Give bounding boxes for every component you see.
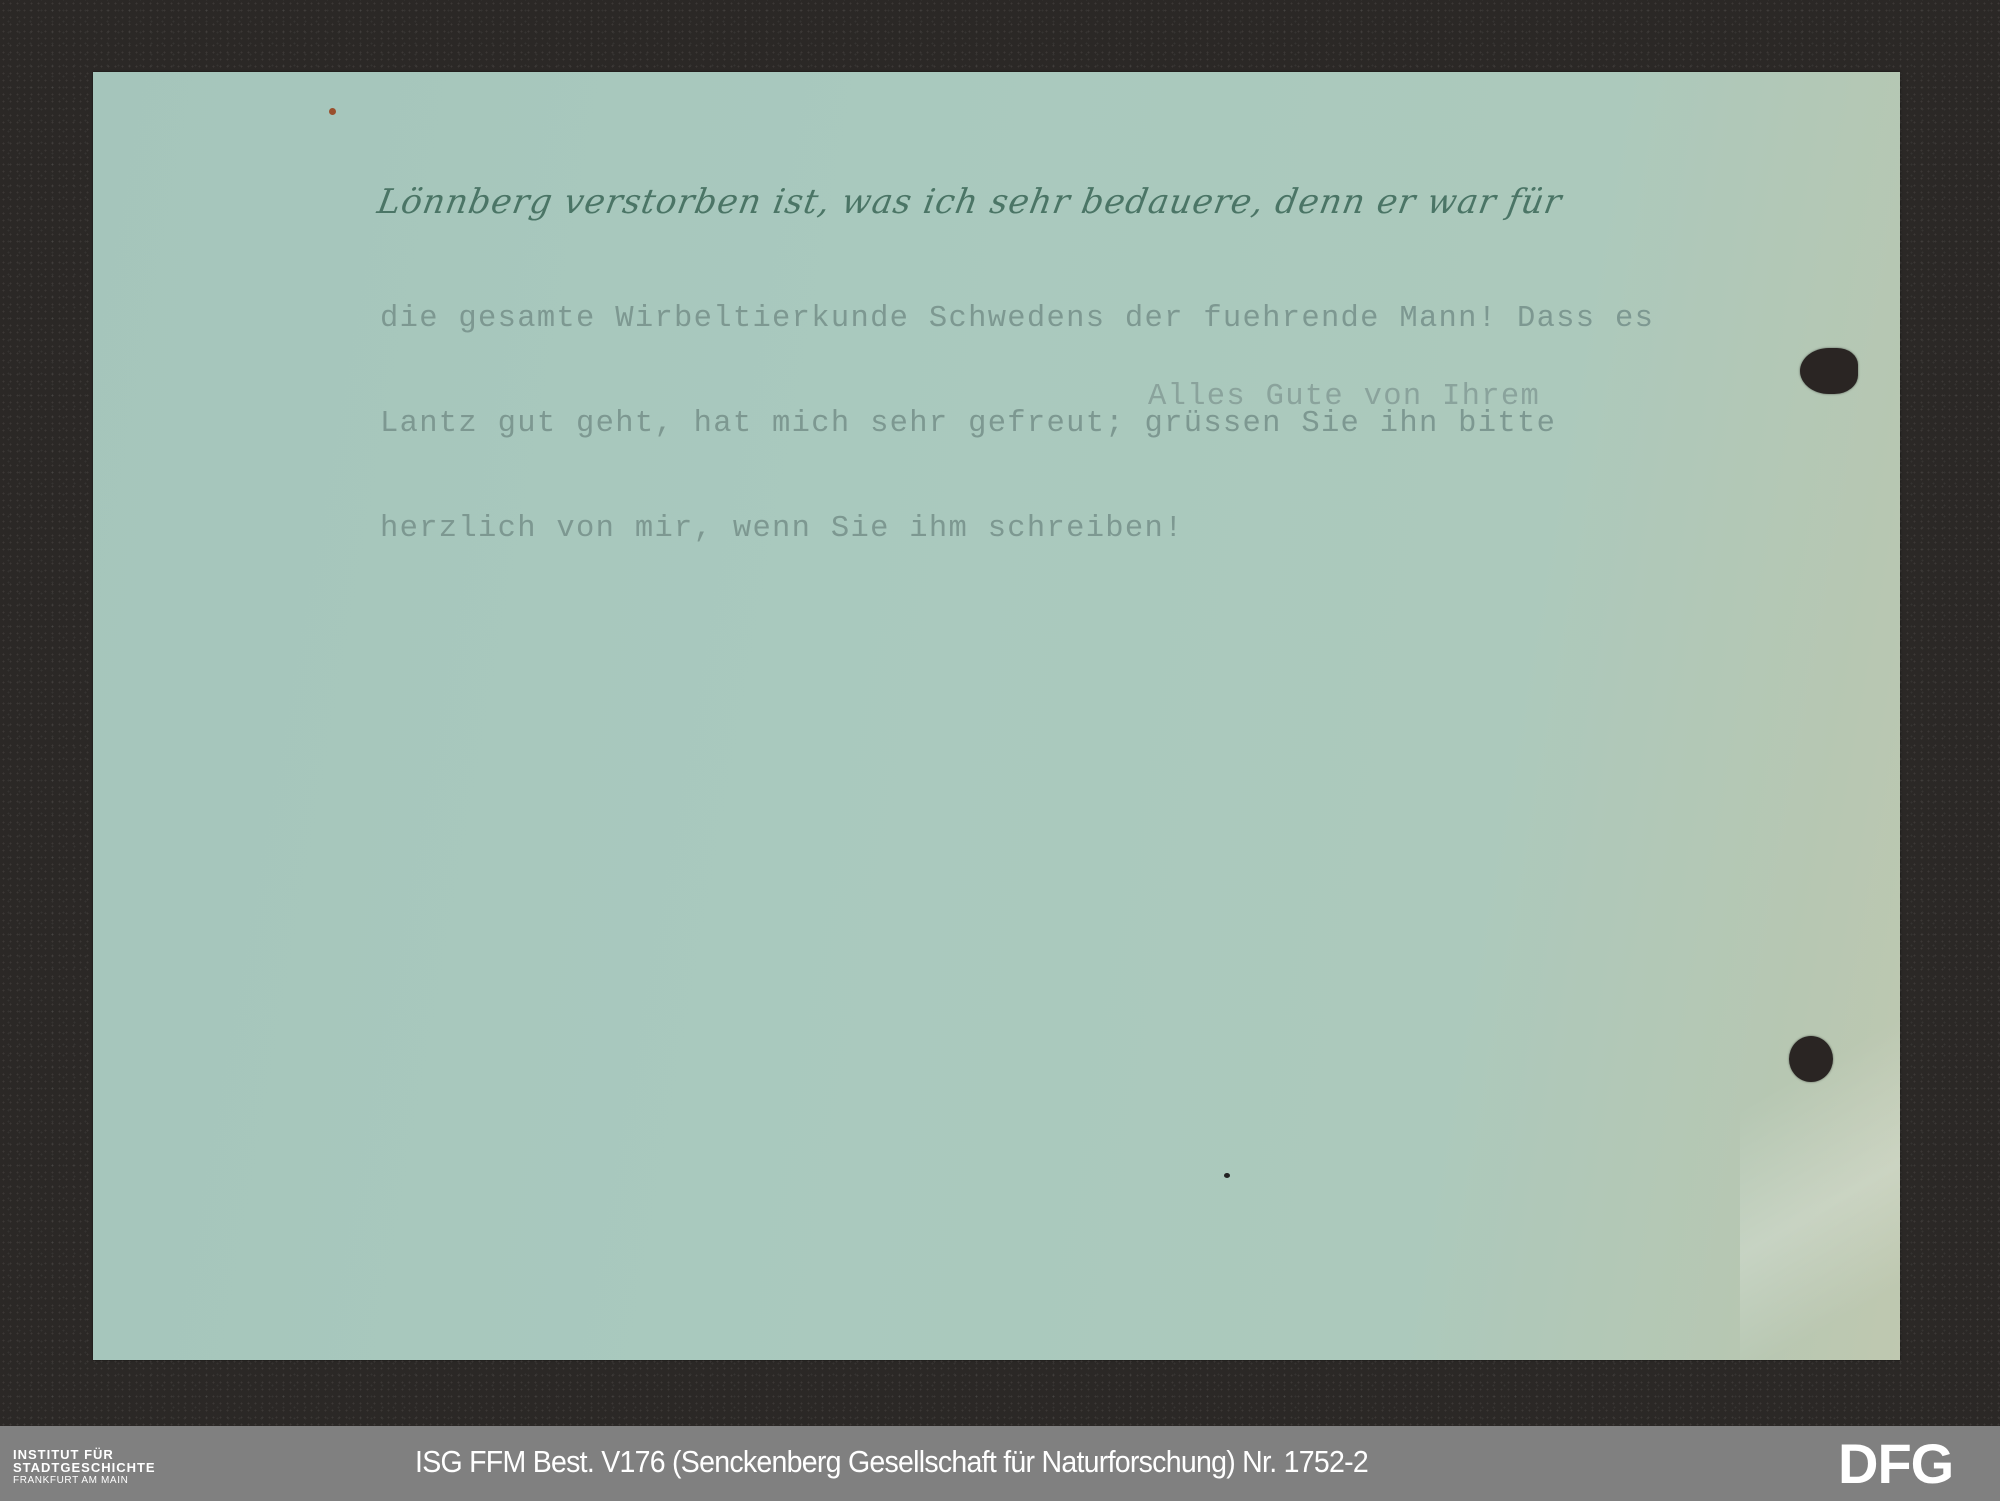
dfg-logo: DFG <box>1838 1439 1953 1489</box>
archive-caption: ISG FFM Best. V176 (Senckenberg Gesellsc… <box>415 1444 1368 1480</box>
punch-hole-bottom <box>1789 1036 1833 1082</box>
closing-line: Alles Gute von Ihrem <box>1148 380 1540 414</box>
handwritten-note: Lönnberg verstorben ist, was ich sehr be… <box>374 182 1565 222</box>
rust-speck <box>329 108 336 115</box>
document-sheet: Lönnberg verstorben ist, was ich sehr be… <box>93 72 1900 1360</box>
institute-name-line2: STADTGESCHICHTE <box>13 1461 156 1474</box>
institute-logo: INSTITUT FÜR STADTGESCHICHTE FRANKFURT A… <box>13 1448 156 1487</box>
punch-hole-top <box>1800 348 1858 394</box>
typed-line: die gesamte Wirbeltierkunde Schwedens de… <box>380 302 1654 337</box>
institute-location: FRANKFURT AM MAIN <box>13 1474 156 1487</box>
typed-line: herzlich von mir, wenn Sie ihm schreiben… <box>380 512 1654 547</box>
typed-text: die gesamte Wirbeltierkunde Schwedens de… <box>380 232 1654 617</box>
footer-bar: INSTITUT FÜR STADTGESCHICHTE FRANKFURT A… <box>0 1426 2000 1501</box>
dirt-speck <box>1224 1173 1230 1178</box>
